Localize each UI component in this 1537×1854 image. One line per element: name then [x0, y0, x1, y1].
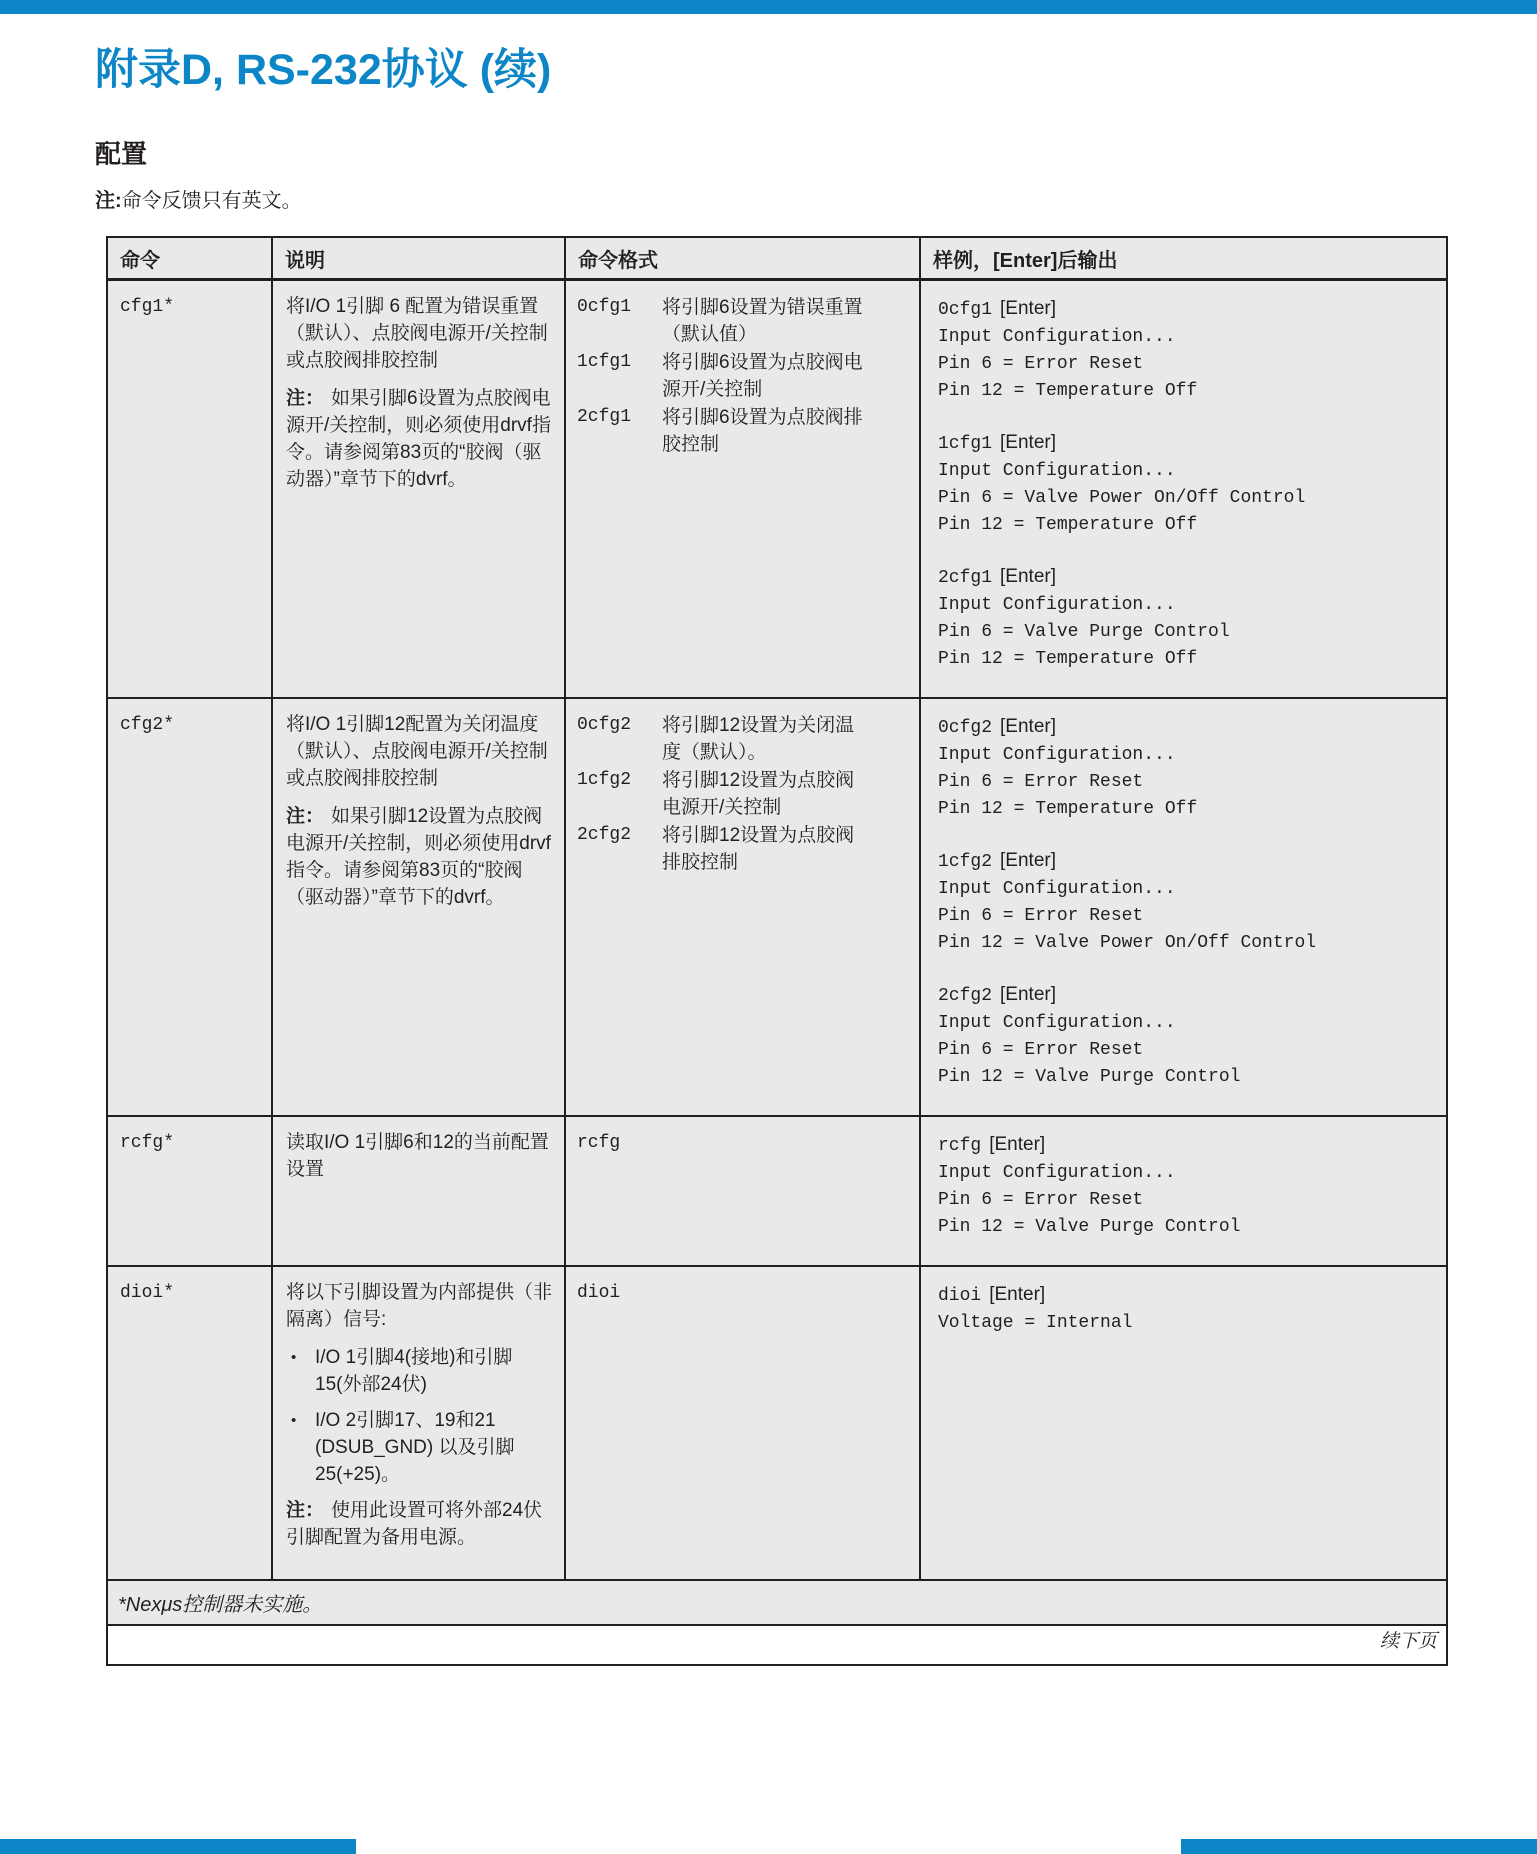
- example-output-line: Input Configuration...: [938, 742, 1436, 769]
- example-cell: dioi[Enter] Voltage = Internal: [920, 1266, 1447, 1580]
- cell-note-label: 注：: [286, 1500, 324, 1521]
- cell-note-text: 如果引脚6设置为点胶阀电源开/关控制，则必须使用drvf指令。请参阅第83页的“…: [286, 388, 551, 490]
- example-output-line: Voltage = Internal: [938, 1310, 1436, 1337]
- example-command: 1cfg1: [938, 434, 992, 454]
- example-output-line: Input Configuration...: [938, 324, 1436, 351]
- table-footnote-row: *Nexμs控制器未实施。: [107, 1580, 1447, 1625]
- example-output-line: Input Configuration...: [938, 458, 1436, 485]
- enter-key-label: [Enter]: [1000, 716, 1056, 737]
- command-cell: cfg1*: [107, 280, 272, 699]
- description-note: 注：如果引脚12设置为点胶阀电源开/关控制，则必须使用drvf指令。请参阅第83…: [286, 803, 552, 911]
- description-note: 注：如果引脚6设置为点胶阀电源开/关控制，则必须使用drvf指令。请参阅第83页…: [286, 385, 552, 493]
- format-desc: 将引脚6设置为错误重置（默认值）: [662, 294, 867, 348]
- table-continued-row: 续下页: [107, 1625, 1447, 1665]
- config-command-table: 命令 说明 命令格式 样例，[Enter]后输出 cfg1* 将I/O 1引脚 …: [106, 236, 1448, 1666]
- example-block: 0cfg1[Enter] Input Configuration... Pin …: [938, 295, 1436, 405]
- manual-page: 附录D, RS-232协议 (续) 配置 注:命令反馈只有英文。 命令 说明 命…: [0, 0, 1537, 1854]
- command-cell: cfg2*: [107, 698, 272, 1116]
- description-text: 将以下引脚设置为内部提供（非隔离）信号:: [286, 1279, 552, 1333]
- page-title: 附录D, RS-232协议 (续): [95, 36, 551, 97]
- format-code: dioi: [577, 1280, 662, 1307]
- description-cell: 将以下引脚设置为内部提供（非隔离）信号: •I/O 1引脚4(接地)和引脚15(…: [272, 1266, 565, 1580]
- format-code: 1cfg1: [577, 349, 662, 403]
- example-command: 0cfg2: [938, 718, 992, 738]
- description-note: 注：使用此设置可将外部24伏引脚配置为备用电源。: [286, 1497, 552, 1551]
- col-header-command: 命令: [107, 237, 272, 280]
- example-output-line: Pin 12 = Valve Power On/Off Control: [938, 930, 1436, 957]
- example-output-line: Pin 12 = Valve Purge Control: [938, 1064, 1436, 1091]
- table-row-rcfg: rcfg* 读取I/O 1引脚6和12的当前配置设置 rcfg rcfg[Ent…: [107, 1116, 1447, 1266]
- format-desc: 将引脚6设置为点胶阀电源开/关控制: [662, 349, 867, 403]
- description-cell: 将I/O 1引脚 6 配置为错误重置（默认）、点胶阀电源开/关控制或点胶阀排胶控…: [272, 280, 565, 699]
- example-cell: rcfg[Enter] Input Configuration... Pin 6…: [920, 1116, 1447, 1266]
- enter-key-label: [Enter]: [989, 1134, 1045, 1155]
- example-output-line: Pin 12 = Temperature Off: [938, 512, 1436, 539]
- bottom-accent-bar-left: [0, 1839, 356, 1854]
- col-header-format: 命令格式: [565, 237, 920, 280]
- cell-note-text: 如果引脚12设置为点胶阀电源开/关控制，则必须使用drvf指令。请参阅第83页的…: [286, 806, 551, 908]
- enter-key-label: [Enter]: [1000, 432, 1056, 453]
- example-output-line: Pin 12 = Temperature Off: [938, 378, 1436, 405]
- table-row-dioi: dioi* 将以下引脚设置为内部提供（非隔离）信号: •I/O 1引脚4(接地)…: [107, 1266, 1447, 1580]
- example-block: rcfg[Enter] Input Configuration... Pin 6…: [938, 1131, 1436, 1241]
- example-output-line: Pin 6 = Error Reset: [938, 351, 1436, 378]
- example-command: 2cfg2: [938, 986, 992, 1006]
- enter-key-label: [Enter]: [1000, 566, 1056, 587]
- example-block: 1cfg1[Enter] Input Configuration... Pin …: [938, 429, 1436, 539]
- enter-key-label: [Enter]: [989, 1284, 1045, 1305]
- example-output-line: Pin 6 = Error Reset: [938, 903, 1436, 930]
- format-code: 2cfg1: [577, 404, 662, 458]
- example-command: 2cfg1: [938, 568, 992, 588]
- format-entry: dioi: [577, 1280, 913, 1307]
- section-heading: 配置: [95, 134, 147, 171]
- col-header-example: 样例，[Enter]后输出: [920, 237, 1447, 280]
- format-desc: 将引脚6设置为点胶阀排胶控制: [662, 404, 867, 458]
- description-text: 将I/O 1引脚12配置为关闭温度（默认）、点胶阀电源开/关控制或点胶阀排胶控制: [286, 711, 552, 792]
- cell-note-label: 注：: [286, 388, 324, 409]
- example-block: dioi[Enter] Voltage = Internal: [938, 1281, 1436, 1337]
- example-command: 1cfg2: [938, 852, 992, 872]
- bullet-icon: •: [291, 1344, 315, 1398]
- example-output-line: Pin 6 = Valve Purge Control: [938, 619, 1436, 646]
- command-cell: rcfg*: [107, 1116, 272, 1266]
- format-code: rcfg: [577, 1130, 662, 1157]
- example-output-line: Input Configuration...: [938, 1010, 1436, 1037]
- example-block: 0cfg2[Enter] Input Configuration... Pin …: [938, 713, 1436, 823]
- bullet-text: I/O 1引脚4(接地)和引脚15(外部24伏): [315, 1344, 552, 1398]
- example-output-line: Input Configuration...: [938, 1160, 1436, 1187]
- example-output-line: Pin 6 = Error Reset: [938, 1187, 1436, 1214]
- format-entry: 0cfg1将引脚6设置为错误重置（默认值）: [577, 294, 913, 348]
- example-block: 1cfg2[Enter] Input Configuration... Pin …: [938, 847, 1436, 957]
- example-cell: 0cfg1[Enter] Input Configuration... Pin …: [920, 280, 1447, 699]
- format-entry: 0cfg2将引脚12设置为关闭温度（默认）。: [577, 712, 913, 766]
- command-cell: dioi*: [107, 1266, 272, 1580]
- format-cell: 0cfg2将引脚12设置为关闭温度（默认）。 1cfg2将引脚12设置为点胶阀电…: [565, 698, 920, 1116]
- example-command: 0cfg1: [938, 300, 992, 320]
- note-text: 命令反馈只有英文。: [122, 190, 302, 212]
- format-entry: 1cfg2将引脚12设置为点胶阀电源开/关控制: [577, 767, 913, 821]
- format-code: 2cfg2: [577, 822, 662, 876]
- description-text: 将I/O 1引脚 6 配置为错误重置（默认）、点胶阀电源开/关控制或点胶阀排胶控…: [286, 293, 552, 374]
- example-block: 2cfg1[Enter] Input Configuration... Pin …: [938, 563, 1436, 673]
- cell-note-text: 使用此设置可将外部24伏引脚配置为备用电源。: [286, 1500, 542, 1548]
- enter-key-label: [Enter]: [1000, 984, 1056, 1005]
- example-command: dioi: [938, 1286, 981, 1306]
- table-header-row: 命令 说明 命令格式 样例，[Enter]后输出: [107, 237, 1447, 280]
- section-note: 注:命令反馈只有英文。: [95, 184, 302, 213]
- table-row-cfg1: cfg1* 将I/O 1引脚 6 配置为错误重置（默认）、点胶阀电源开/关控制或…: [107, 280, 1447, 699]
- enter-key-label: [Enter]: [1000, 850, 1056, 871]
- format-code: 0cfg1: [577, 294, 662, 348]
- example-command: rcfg: [938, 1136, 981, 1156]
- note-label: 注:: [95, 190, 122, 212]
- top-accent-bar: [0, 0, 1537, 14]
- enter-key-label: [Enter]: [1000, 298, 1056, 319]
- format-desc: 将引脚12设置为关闭温度（默认）。: [662, 712, 867, 766]
- format-desc: 将引脚12设置为点胶阀排胶控制: [662, 822, 867, 876]
- example-cell: 0cfg2[Enter] Input Configuration... Pin …: [920, 698, 1447, 1116]
- example-output-line: Input Configuration...: [938, 592, 1436, 619]
- example-block: 2cfg2[Enter] Input Configuration... Pin …: [938, 981, 1436, 1091]
- format-cell: rcfg: [565, 1116, 920, 1266]
- example-output-line: Input Configuration...: [938, 876, 1436, 903]
- bottom-accent-bar-right: [1181, 1839, 1537, 1854]
- footnote-text: *Nexμs控制器未实施。: [107, 1580, 1447, 1625]
- bullet-icon: •: [291, 1407, 315, 1488]
- format-entry: 1cfg1将引脚6设置为点胶阀电源开/关控制: [577, 349, 913, 403]
- bullet-text: I/O 2引脚17、19和21 (DSUB_GND) 以及引脚25(+25)。: [315, 1407, 552, 1488]
- continued-label: 续下页: [107, 1625, 1447, 1665]
- format-cell: 0cfg1将引脚6设置为错误重置（默认值） 1cfg1将引脚6设置为点胶阀电源开…: [565, 280, 920, 699]
- description-cell: 读取I/O 1引脚6和12的当前配置设置: [272, 1116, 565, 1266]
- format-entry: rcfg: [577, 1130, 913, 1157]
- example-output-line: Pin 6 = Valve Power On/Off Control: [938, 485, 1436, 512]
- col-header-description: 说明: [272, 237, 565, 280]
- cell-note-label: 注：: [286, 806, 324, 827]
- format-desc: 将引脚12设置为点胶阀电源开/关控制: [662, 767, 867, 821]
- format-entry: 2cfg2将引脚12设置为点胶阀排胶控制: [577, 822, 913, 876]
- table-row-cfg2: cfg2* 将I/O 1引脚12配置为关闭温度（默认）、点胶阀电源开/关控制或点…: [107, 698, 1447, 1116]
- description-bullet: •I/O 1引脚4(接地)和引脚15(外部24伏): [291, 1344, 552, 1398]
- format-code: 1cfg2: [577, 767, 662, 821]
- format-entry: 2cfg1将引脚6设置为点胶阀排胶控制: [577, 404, 913, 458]
- example-output-line: Pin 12 = Temperature Off: [938, 646, 1436, 673]
- format-cell: dioi: [565, 1266, 920, 1580]
- example-output-line: Pin 6 = Error Reset: [938, 1037, 1436, 1064]
- description-cell: 将I/O 1引脚12配置为关闭温度（默认）、点胶阀电源开/关控制或点胶阀排胶控制…: [272, 698, 565, 1116]
- example-output-line: Pin 12 = Temperature Off: [938, 796, 1436, 823]
- description-bullet: •I/O 2引脚17、19和21 (DSUB_GND) 以及引脚25(+25)。: [291, 1407, 552, 1488]
- example-output-line: Pin 6 = Error Reset: [938, 769, 1436, 796]
- description-text: 读取I/O 1引脚6和12的当前配置设置: [286, 1129, 552, 1183]
- format-code: 0cfg2: [577, 712, 662, 766]
- example-output-line: Pin 12 = Valve Purge Control: [938, 1214, 1436, 1241]
